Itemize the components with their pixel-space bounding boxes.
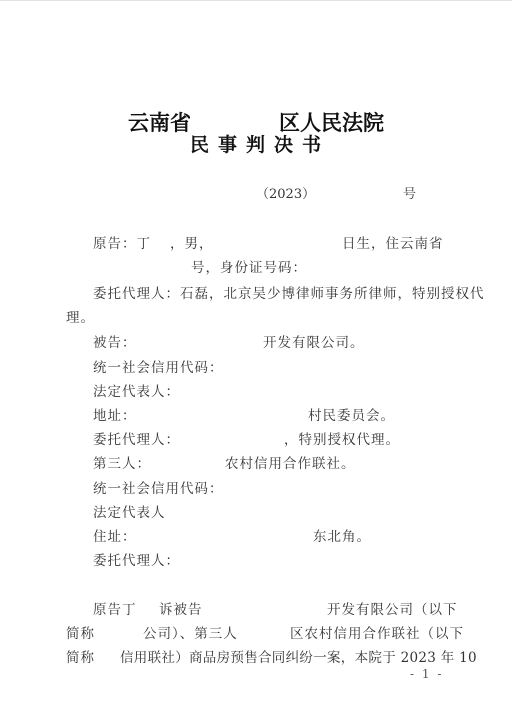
defendant-credit-code: 统一社会信用代码： [93,356,224,376]
defendant-label: 被告： [93,331,137,351]
third-party-address-label: 住址： [93,525,137,545]
body-line1-company: 开发有限公司（以下 [327,598,458,618]
defendant-agent-label: 委托代理人： [93,428,180,448]
case-number-suffix: 号 [403,183,416,202]
body-line3-abbr: 简称 [66,646,95,666]
case-year: （2023） [256,183,315,202]
page-number: - 1 - [410,667,443,681]
plaintiff-agent-line1: 委托代理人：石磊，北京吴少博律师事务所律师，特别授权代 [93,282,485,302]
defendant-legal-rep: 法定代表人： [93,380,180,400]
body-line1-sue: 诉被告 [159,598,203,618]
plaintiff-agent-line2: 理。 [66,306,95,326]
third-party-address: 东北角。 [313,525,371,545]
third-party-legal-rep: 法定代表人 [93,501,166,521]
document-title: 民事判决书 [0,130,512,157]
body-line3-case: 信用联社）商品房预售合同纠纷一案，本院于 2023 年 10 [120,646,477,666]
defendant-agent: ，特别授权代理。 [284,428,400,448]
top-border [0,0,512,1]
third-party-name: 农村信用合作联社。 [225,452,356,472]
third-party-label: 第三人： [93,452,151,472]
defendant-address: 村民委员会。 [308,404,395,424]
plaintiff-birth-residence: 日生，住云南省 [342,232,444,252]
third-party-credit-code: 统一社会信用代码： [93,477,224,497]
body-line2-abbr: 简称 [66,622,95,642]
third-party-agent: 委托代理人： [93,549,180,569]
defendant-address-label: 地址： [93,404,137,424]
defendant-name: 开发有限公司。 [263,331,365,351]
plaintiff-id: 号，身份证号码： [191,256,307,276]
body-line2-third: 公司）、第三人 [143,622,238,642]
plaintiff-name: 原告：丁 [93,232,151,252]
body-line2-union: 区农村信用合作联社（以下 [290,622,464,642]
plaintiff-gender: ，男， [170,232,214,252]
body-line1-plaintiff: 原告丁 [93,598,137,618]
